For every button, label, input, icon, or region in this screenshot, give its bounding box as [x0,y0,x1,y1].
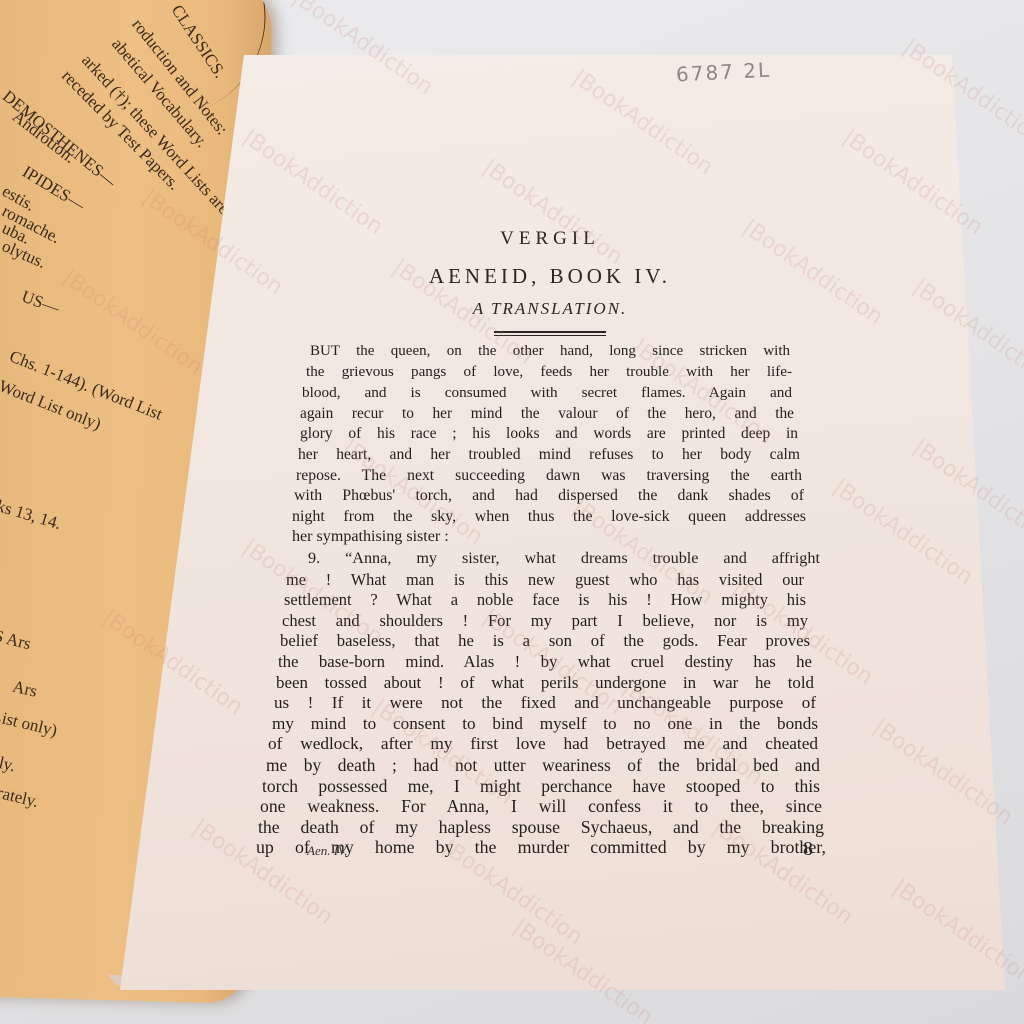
text-line: settlement ? What a noble face is his ! … [284,590,806,610]
text-line: BUT the queen, on the other hand, long s… [310,343,790,360]
text-line: the grievous pangs of love, feeds her tr… [306,364,792,381]
text-line: 9. “Anna, my sister, what dreams trouble… [308,549,820,568]
page-title: AENEID, BOOK IV. [380,264,720,289]
text-line: glory of his race ; his looks and words … [300,425,798,443]
left-page-line: arately. [0,782,40,810]
author-heading: VERGIL [380,228,720,250]
signature-mark: Aen. IV. [307,843,348,859]
text-line: one weakness. For Anna, I will confess i… [260,796,822,817]
page-subtitle: A TRANSLATION. [380,299,720,319]
text-line: us ! If it were not the fixed and unchan… [274,693,816,713]
text-line: of wedlock, after my first love had betr… [268,734,818,754]
text-line: been tossed about ! of what perils under… [276,673,814,693]
text-line: blood, and is consumed with secret flame… [302,384,792,402]
text-line: chest and shoulders ! For my part I beli… [282,611,808,631]
text-line: the death of my hapless spouse Sychaeus,… [258,817,824,838]
text-line: with Phœbus' torch, and had dispersed th… [294,487,804,505]
left-page-line: ks 13, 14. [0,497,63,532]
text-line: belief baseless, that he is a son of the… [280,631,810,651]
title-rule [494,331,606,336]
text-line: her heart, and her troubled mind refuses… [298,446,800,464]
text-line: again recur to her mind the valour of th… [300,405,794,423]
text-line: me by death ; had not utter weariness of… [266,755,820,776]
text-line: my mind to consent to bind myself to no … [272,714,818,734]
left-page-line: nly. [0,752,17,774]
text-line: the base-born mind. Alas ! by what cruel… [278,652,812,672]
left-page-line: S Ars [0,627,33,652]
page-number: 8 [803,838,813,861]
left-page-line: US— [19,288,61,317]
text-line: repose. The next succeeding dawn was tra… [296,467,802,485]
pencil-note: 6787 2L [675,58,771,87]
title-block: VERGIL AENEID, BOOK IV. A TRANSLATION. [380,228,720,336]
text-line: her sympathising sister : [292,528,449,546]
left-page-line: Ars [11,678,39,700]
text-line: torch possessed me, I might perchance ha… [262,776,820,797]
text-line: me ! What man is this new guest who has … [286,570,804,590]
text-line: night from the sky, when thus the love-s… [292,508,806,526]
left-page-line: List only) [0,707,59,739]
